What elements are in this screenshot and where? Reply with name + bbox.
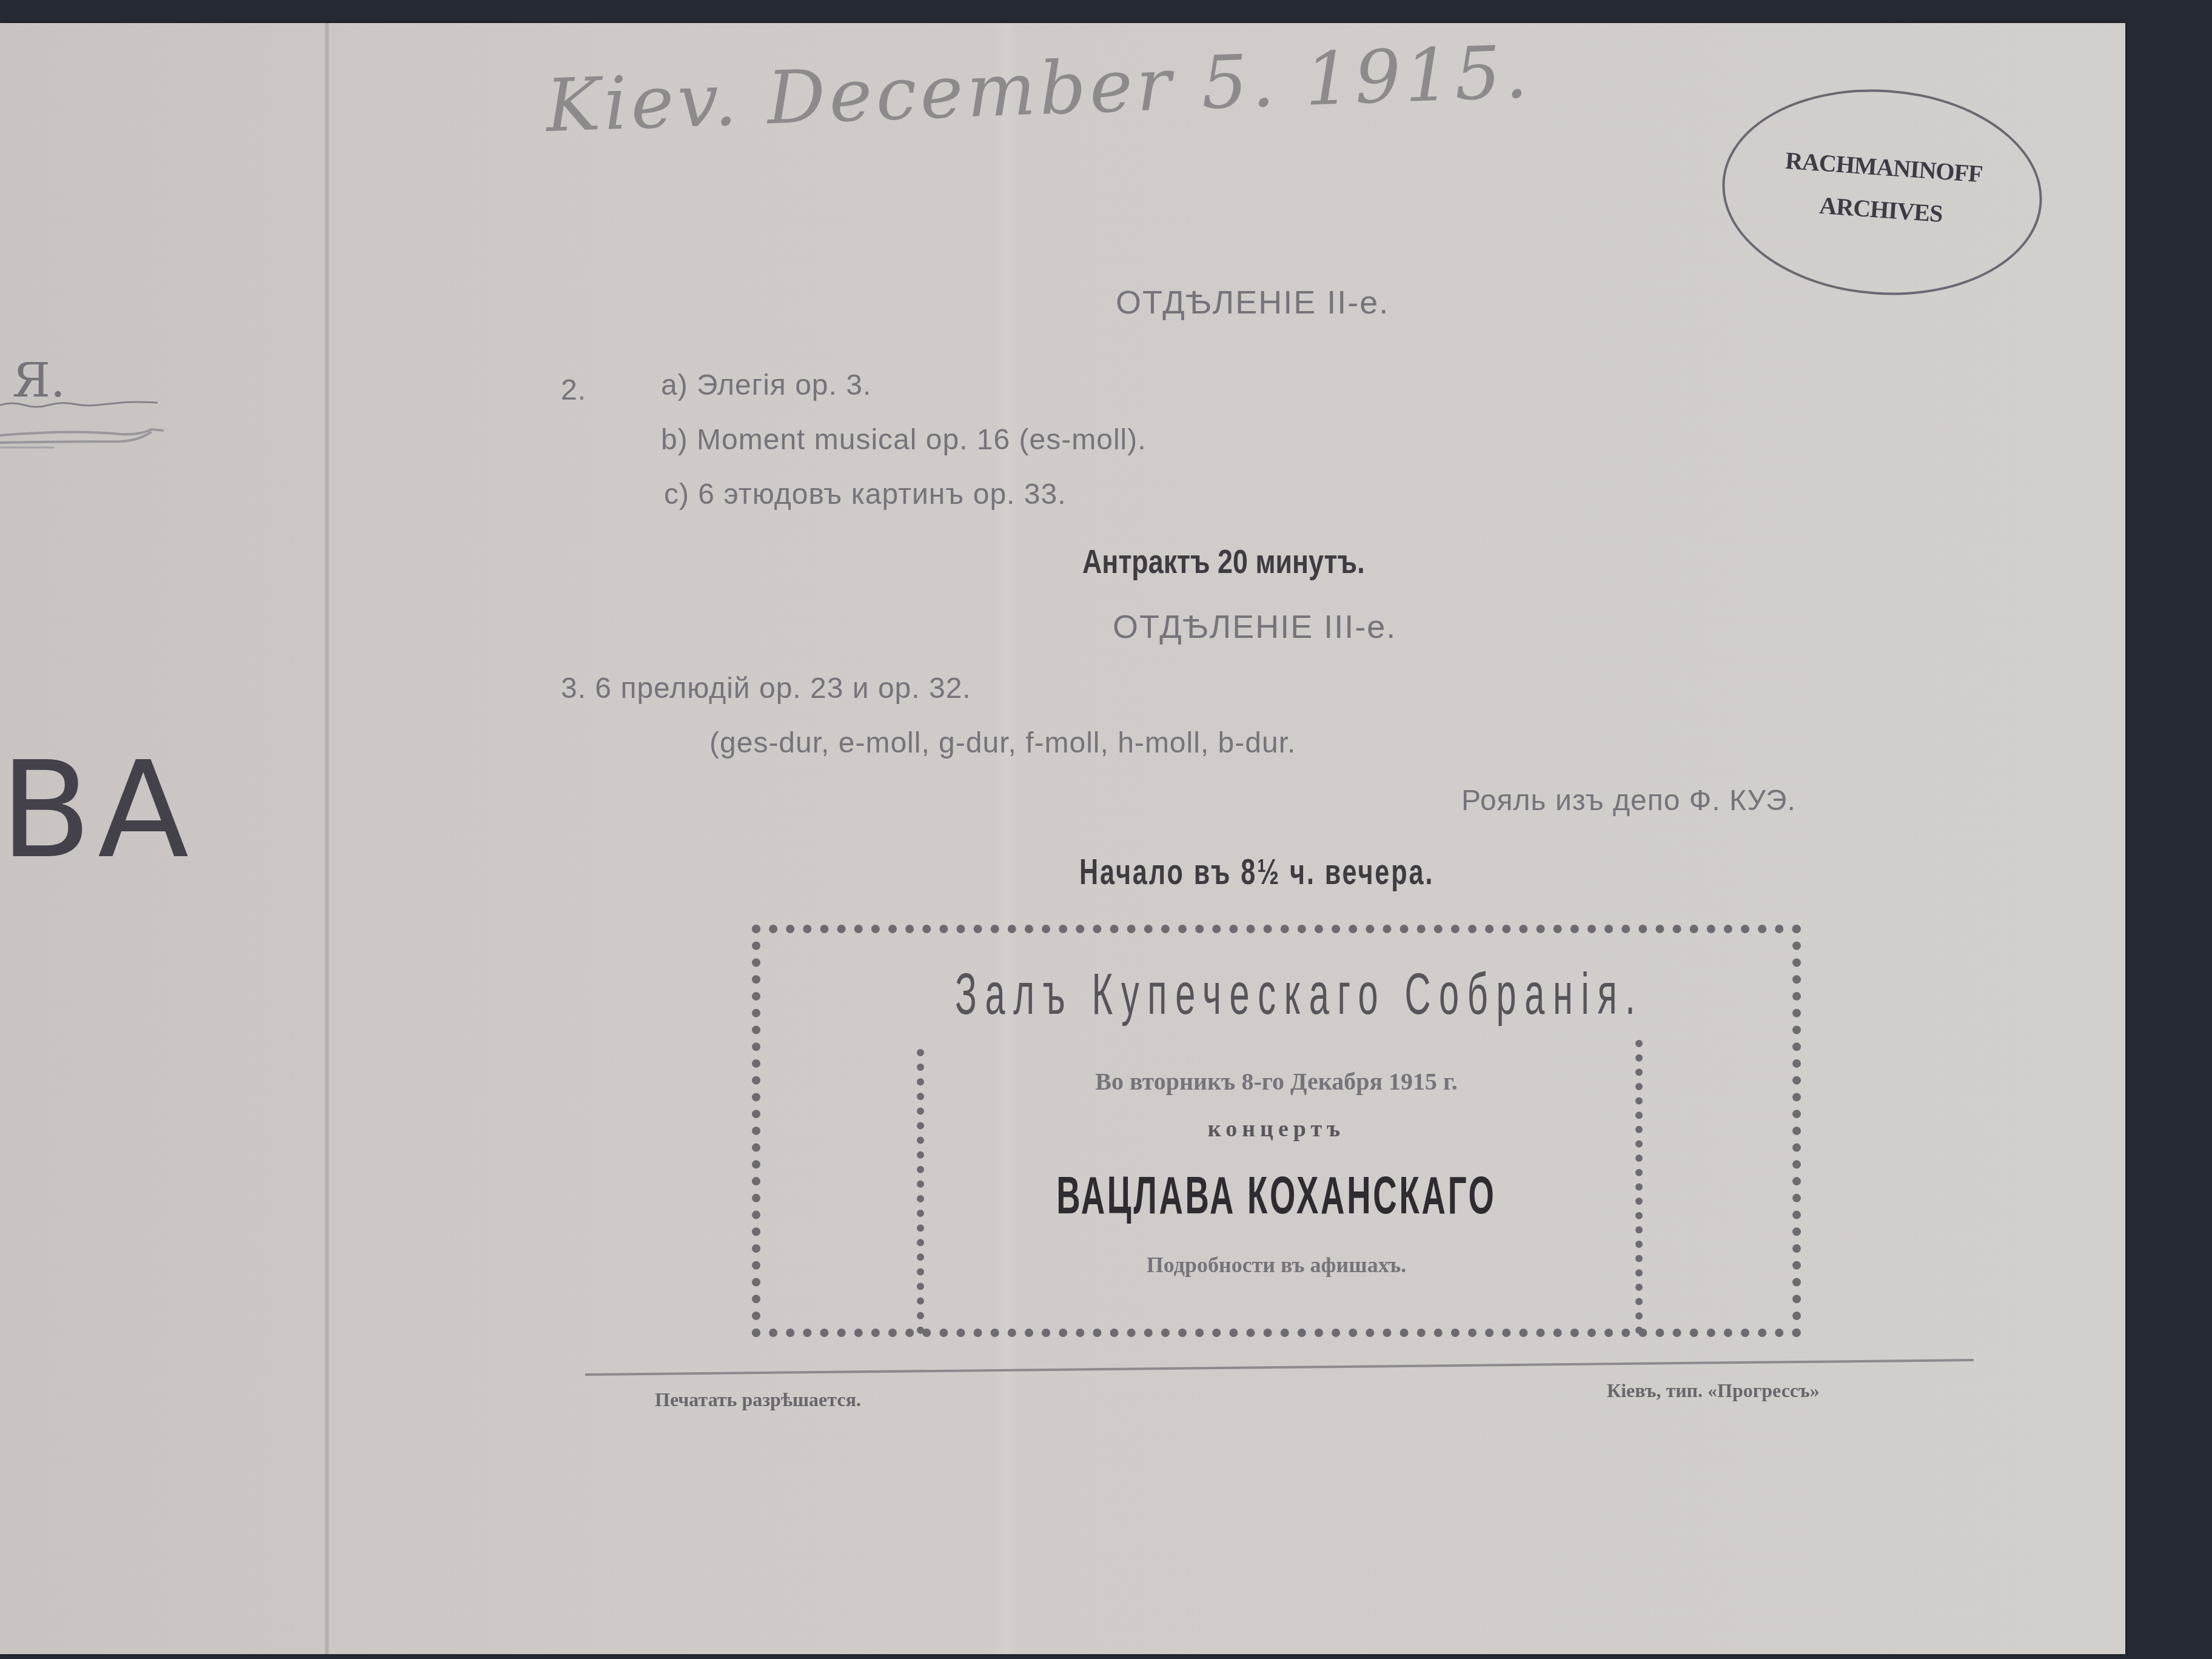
piano-supplier-note: Рояль изъ депо Ф. КУЭ. [1461, 784, 1796, 817]
section-3-heading: ОТДѢЛЕНІЕ III-е. [1113, 608, 1396, 646]
page-fold-crease [324, 23, 330, 1654]
program-sheet: Я. ВА Kiev. December 5. 1915. RACHMANINO… [0, 23, 2125, 1654]
announcement-box: Залъ Купеческаго Собранія. [758, 961, 1795, 1028]
program-item-2b: b) Moment musical ор. 16 (es-moll). [661, 423, 1147, 457]
performer-name: ВАЦЛАВА КОХАНСКАГО [955, 1164, 1598, 1226]
program-item-3-keys: (ges-dur, e-moll, g-dur, f-moll, h-moll,… [709, 726, 1296, 760]
details-note: Подробности въ афишахъ. [758, 1252, 1795, 1278]
concert-label: концертъ [758, 1116, 1795, 1142]
start-time: Начало въ 8½ ч. вечера. [1079, 851, 1434, 893]
censorship-note: Печатать разрѣшается. [655, 1389, 861, 1411]
stamp-line-2: ARCHIVES [1723, 184, 2039, 235]
printer-imprint: Кіевъ, тип. «Прогрессъ» [1607, 1379, 1820, 1402]
intermission-note: Антрактъ 20 минутъ. [1082, 541, 1365, 581]
concert-date: Во вторникъ 8-го Декабря 1915 г. [758, 1067, 1795, 1096]
handwritten-date-note: Kiev. December 5. 1915. [545, 30, 1533, 149]
section-2-number: 2. [561, 374, 586, 407]
wavy-underline-ornament [0, 399, 158, 409]
paper-fold-highlight [994, 23, 1019, 1654]
flourish-ornament [0, 417, 170, 460]
left-panel-large-fragment: ВА [0, 732, 195, 888]
hall-name: Залъ Купеческаго Собранія. [955, 961, 1598, 1028]
program-item-2c: c) 6 этюдовъ картинъ ор. 33. [664, 478, 1066, 511]
program-item-2a: a) Элегія ор. 3. [661, 369, 871, 402]
stamp-line-1: RACHMANINOFF [1726, 142, 2042, 192]
section-2-heading: ОТДѢЛЕНІЕ II-е. [1116, 284, 1389, 321]
archive-stamp: RACHMANINOFF ARCHIVES [1715, 79, 2049, 306]
program-item-3: 3. 6 прелюдій ор. 23 и ор. 32. [561, 672, 971, 705]
